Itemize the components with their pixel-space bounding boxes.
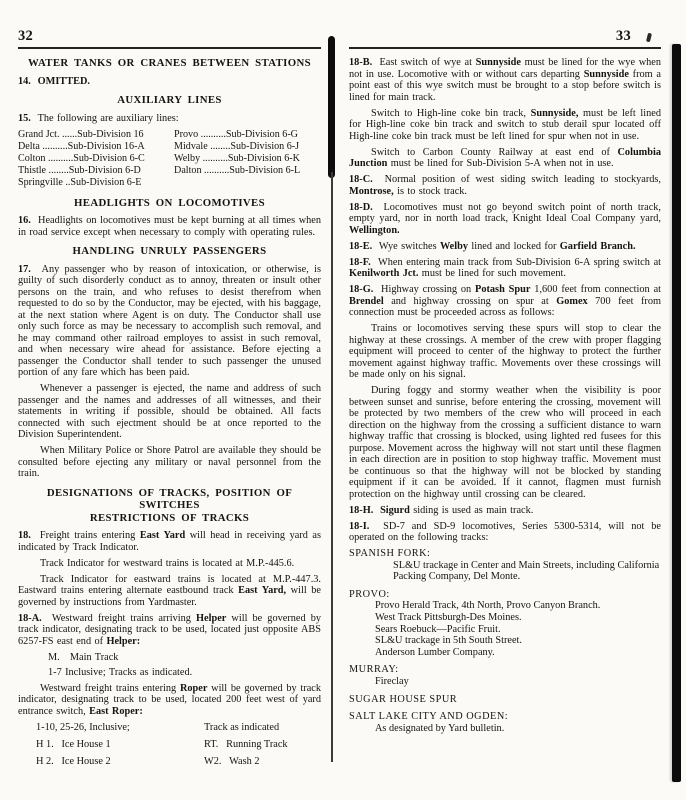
paragraph: During foggy and stormy weather when the…	[349, 385, 661, 500]
text-run: Normal position of west siding switch le…	[373, 174, 661, 185]
text-run: SD-7 and SD-9 locomotives, Series 5300-5…	[349, 521, 661, 544]
bold-run: 18-I.	[349, 521, 369, 532]
scanned-document-spread: 32 WATER TANKS OR CRANES BETWEEN STATION…	[0, 0, 686, 800]
list-cell: Springville ..Sub-Division 6-E	[18, 177, 174, 189]
bold-run: 18-H.	[349, 505, 373, 516]
bold-run: 18-E.	[349, 241, 372, 252]
bold-run: 16.	[18, 215, 31, 226]
list-row: H 1. Ice House 1RT. Running Track	[36, 739, 321, 751]
heading-line: HANDLING UNRULY PASSENGERS	[18, 245, 321, 258]
paragraph: 18-B. East switch of wye at Sunnyside mu…	[349, 57, 661, 103]
list-cell: Welby ..........Sub-Division 6-K	[174, 153, 321, 165]
text-run: is to stock track.	[394, 186, 467, 197]
paragraph: 15. The following are auxiliary lines:	[18, 113, 321, 125]
page-number-right: 33	[349, 28, 661, 45]
list-cell: Delta ..........Sub-Division 16-A	[18, 141, 174, 153]
paragraph: 1-7 Inclusive; Tracks as indicated.	[48, 667, 321, 679]
paragraph: When Military Police or Shore Patrol are…	[18, 445, 321, 480]
track-list-item: SL&U trackage in 5th South Street.	[375, 635, 661, 647]
bold-run: 18.	[18, 530, 31, 541]
list-cell: H 2. Ice House 2	[36, 756, 204, 768]
track-list-item: Sears Roebuck—Pacific Fruit.	[375, 624, 661, 636]
heading-line: DESIGNATIONS OF TRACKS, POSITION OF SWIT…	[18, 487, 321, 512]
text-run: Westward freight trains arriving	[42, 613, 196, 624]
heading-line: RESTRICTIONS OF TRACKS	[18, 512, 321, 525]
bold-run: 15.	[18, 113, 31, 124]
text-run: Switch to High-line coke bin track,	[371, 108, 531, 119]
paragraph: 18-D. Locomotives must not go beyond swi…	[349, 202, 661, 237]
list-row: H 2. Ice House 2W2. Wash 2	[36, 756, 321, 768]
right-page: 33 18-B. East switch of wye at Sunnyside…	[349, 28, 661, 740]
header-rule-right	[349, 47, 661, 49]
bold-run: 18-A.	[18, 613, 42, 624]
text-run: East switch of wye at	[372, 57, 476, 68]
bold-run: Brendel	[349, 296, 384, 307]
bold-run: 18-B.	[349, 57, 372, 68]
list-cell: Track as indicated	[204, 722, 279, 734]
text-run: When Military Police or Shore Patrol are…	[18, 445, 321, 479]
bold-run: 18-C.	[349, 174, 373, 185]
header-rule-left	[18, 47, 321, 49]
track-list-item: SL&U trackage in Center and Main Streets…	[393, 560, 661, 583]
bold-run: 18-F.	[349, 257, 371, 268]
bold-run: Sunnyside,	[531, 108, 579, 119]
bold-run: Sigurd	[380, 505, 410, 516]
track-list-item: Provo Herald Track, 4th North, Provo Can…	[375, 600, 661, 612]
text-run: lined and locked for	[468, 241, 560, 252]
bold-run: East Yard	[140, 530, 185, 541]
two-column-list: Grand Jct. ......Sub-Division 16Provo ..…	[18, 129, 321, 190]
list-row: Thistle ........Sub-Division 6-DDalton .…	[18, 165, 321, 177]
track-restriction-group: SUGAR HOUSE SPUR	[349, 694, 661, 706]
list-row: Colton ..........Sub-Division 6-CWelby .…	[18, 153, 321, 165]
left-page: 32 WATER TANKS OR CRANES BETWEEN STATION…	[18, 28, 321, 774]
track-group-heading: SALT LAKE CITY AND OGDEN:	[349, 711, 661, 723]
list-cell	[174, 177, 321, 189]
section-heading: WATER TANKS OR CRANES BETWEEN STATIONS	[18, 57, 321, 70]
bold-run: Welby	[440, 241, 468, 252]
left-page-content: WATER TANKS OR CRANES BETWEEN STATIONS14…	[18, 57, 321, 768]
paragraph: Whenever a passenger is ejected, the nam…	[18, 383, 321, 441]
text-run: Headlights on locomotives must be kept b…	[18, 215, 321, 238]
bold-run: Wellington.	[349, 225, 400, 236]
paragraph: 18. Freight trains entering East Yard wi…	[18, 530, 321, 553]
bold-run: Gomex	[556, 296, 587, 307]
paragraph: 18-E. Wye switches Welby lined and locke…	[349, 241, 661, 253]
bold-run: Helper:	[106, 636, 140, 647]
bold-run: Potash Spur	[475, 284, 530, 295]
heading-line: AUXILIARY LINES	[18, 94, 321, 107]
text-run: siding is used as main track.	[410, 505, 533, 516]
list-row: Grand Jct. ......Sub-Division 16Provo ..…	[18, 129, 321, 141]
paragraph: 18-I. SD-7 and SD-9 locomotives, Series …	[349, 521, 661, 544]
paragraph: Westward freight trains entering Roper w…	[18, 683, 321, 718]
paragraph: Track Indicator for eastward trains is l…	[18, 574, 321, 609]
section-heading: DESIGNATIONS OF TRACKS, POSITION OF SWIT…	[18, 487, 321, 525]
list-row: Springville ..Sub-Division 6-E	[18, 177, 321, 189]
track-list-item: As designated by Yard bulletin.	[375, 723, 661, 735]
track-restriction-group: PROVO:Provo Herald Track, 4th North, Pro…	[349, 589, 661, 659]
right-page-content: 18-B. East switch of wye at Sunnyside mu…	[349, 57, 661, 734]
paragraph: 18-F. When entering main track from Sub-…	[349, 257, 661, 280]
list-cell: W2. Wash 2	[204, 756, 260, 768]
paragraph: 18-A. Westward freight trains arriving H…	[18, 613, 321, 648]
list-cell: RT. Running Track	[204, 739, 288, 751]
section-heading: AUXILIARY LINES	[18, 94, 321, 107]
paragraph: 18-C. Normal position of west siding swi…	[349, 174, 661, 197]
text-run: and highway crossing on spur at	[384, 296, 556, 307]
book-gutter-shadow-thick	[328, 36, 335, 178]
list-cell: Dalton ..........Sub-Division 6-L	[174, 165, 321, 177]
book-edge-shadow	[672, 44, 681, 782]
list-row: 1-10, 25-26, Inclusive;Track as indicate…	[36, 722, 321, 734]
text-run: The following are auxiliary lines:	[31, 113, 179, 124]
bold-run: 14. OMITTED.	[18, 76, 90, 87]
bold-run: 18-D.	[349, 202, 373, 213]
bold-run: Roper	[180, 683, 207, 694]
paragraph: Trains or locomotives serving these spur…	[349, 323, 661, 381]
track-restriction-group: SPANISH FORK:SL&U trackage in Center and…	[349, 548, 661, 583]
list-row: Delta ..........Sub-Division 16-AMidvale…	[18, 141, 321, 153]
bold-run: Sunnyside	[584, 69, 629, 80]
paragraph: Track Indicator for westward trains is l…	[18, 558, 321, 570]
text-run: Wye switches	[372, 241, 440, 252]
track-list-item: Anderson Lumber Company.	[375, 647, 661, 659]
bold-run: Garfield Branch.	[560, 241, 636, 252]
text-run: must be lined for Sub-Division 5-A when …	[387, 158, 613, 169]
text-run: Westward freight trains entering	[40, 683, 180, 694]
paragraph: 17. Any passenger who by reason of intox…	[18, 264, 321, 379]
bold-run: Kenilworth Jct.	[349, 268, 418, 279]
list-cell: Midvale ........Sub-Division 6-J	[174, 141, 321, 153]
bold-run: East Roper:	[89, 706, 143, 717]
text-run: Track Indicator for westward trains is l…	[40, 558, 294, 569]
bold-run: East Yard,	[238, 585, 286, 596]
track-group-heading: SPANISH FORK:	[349, 548, 661, 560]
track-group-heading: SUGAR HOUSE SPUR	[349, 694, 661, 706]
text-run: 1-7 Inclusive; Tracks as indicated.	[48, 667, 192, 678]
paragraph: Switch to High-line coke bin track, Sunn…	[349, 108, 661, 143]
text-run: When entering main track from Sub-Divisi…	[371, 257, 661, 268]
bold-run: Sunnyside	[476, 57, 521, 68]
paragraph: 18-G. Highway crossing on Potash Spur 1,…	[349, 284, 661, 319]
track-group-heading: PROVO:	[349, 589, 661, 601]
track-group-heading: MURRAY:	[349, 664, 661, 676]
section-heading: HEADLIGHTS ON LOCOMOTIVES	[18, 197, 321, 210]
list-cell: H 1. Ice House 1	[36, 739, 204, 751]
text-run: Whenever a passenger is ejected, the nam…	[18, 383, 321, 440]
track-restriction-group: MURRAY:Fireclay	[349, 664, 661, 687]
text-run: Locomotives must not go beyond switch po…	[349, 202, 661, 225]
paragraph: Switch to Carbon County Railway at east …	[349, 147, 661, 170]
text-run: Any passenger who by reason of intoxicat…	[18, 264, 321, 379]
track-list-item: West Track Pittsburgh-Des Moines.	[375, 612, 661, 624]
track-restriction-group: SALT LAKE CITY AND OGDEN:As designated b…	[349, 711, 661, 734]
book-gutter-shadow-thin	[331, 172, 333, 762]
list-cell: Provo ..........Sub-Division 6-G	[174, 129, 321, 141]
list-cell: Thistle ........Sub-Division 6-D	[18, 165, 174, 177]
paragraph: 18-H. Sigurd siding is used as main trac…	[349, 505, 661, 517]
text-run: M. Main Track	[48, 652, 118, 663]
bold-run: Montrose,	[349, 186, 394, 197]
text-run: During foggy and stormy weather when the…	[349, 385, 661, 500]
text-run: Trains or locomotives serving these spur…	[349, 323, 661, 380]
text-run: Switch to Carbon County Railway at east …	[371, 147, 618, 158]
text-run: Highway crossing on	[373, 284, 475, 295]
two-column-list: 1-10, 25-26, Inclusive;Track as indicate…	[36, 722, 321, 769]
list-cell: 1-10, 25-26, Inclusive;	[36, 722, 204, 734]
section-heading: HANDLING UNRULY PASSENGERS	[18, 245, 321, 258]
bold-run: Helper	[196, 613, 226, 624]
text-run: Freight trains entering	[31, 530, 140, 541]
text-run: must be lined for such movement.	[418, 268, 566, 279]
paragraph: 14. OMITTED.	[18, 76, 321, 88]
heading-line: WATER TANKS OR CRANES BETWEEN STATIONS	[18, 57, 321, 70]
paragraph: M. Main Track	[48, 652, 321, 664]
heading-line: HEADLIGHTS ON LOCOMOTIVES	[18, 197, 321, 210]
bold-run: 18-G.	[349, 284, 373, 295]
paragraph: 16. Headlights on locomotives must be ke…	[18, 215, 321, 238]
bold-run: 17.	[18, 264, 31, 275]
text-run: 1,600 feet from connection at	[530, 284, 661, 295]
list-cell: Colton ..........Sub-Division 6-C	[18, 153, 174, 165]
page-number-left: 32	[18, 28, 321, 45]
list-cell: Grand Jct. ......Sub-Division 16	[18, 129, 174, 141]
track-list-item: Fireclay	[375, 676, 661, 688]
